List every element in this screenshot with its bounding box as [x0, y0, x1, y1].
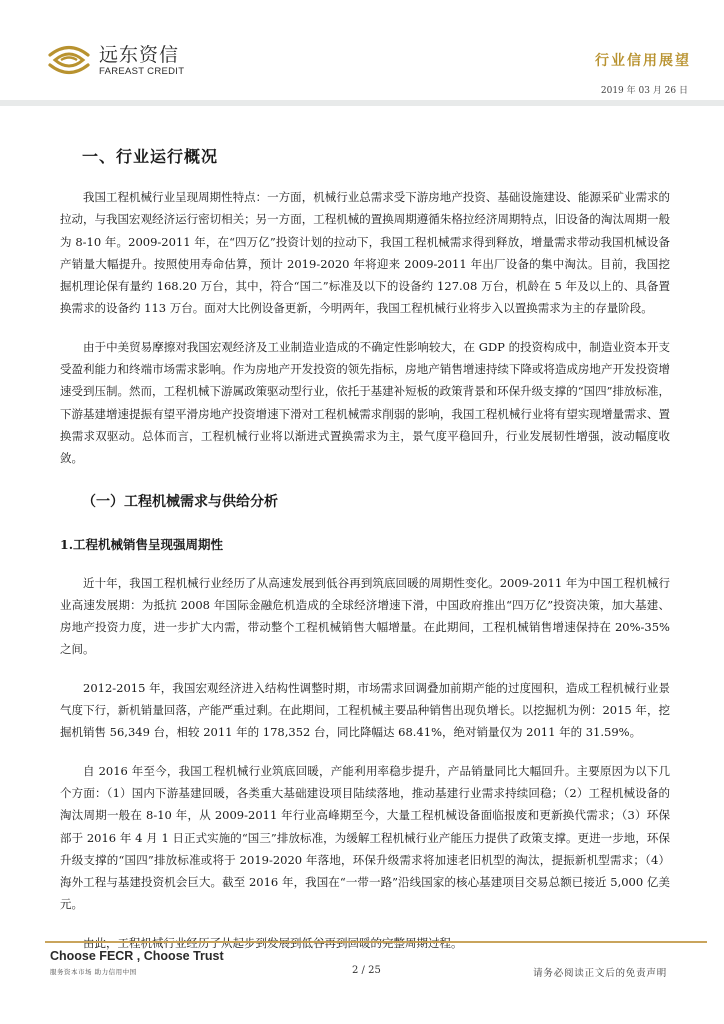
- company-logo: 远东资信 FAREAST CREDIT: [46, 42, 184, 78]
- report-type-title: 行业信用展望: [595, 50, 691, 70]
- subheading: 1.工程机械销售呈现强周期性: [60, 534, 670, 556]
- page-number: 2 / 25: [352, 965, 381, 976]
- report-date: 2019 年 03 月 26 日: [601, 83, 688, 96]
- fareast-credit-logo-icon: [46, 42, 92, 78]
- header-divider-band: [0, 100, 724, 106]
- footer-slogan: Choose FECR , Choose Trust: [50, 949, 224, 963]
- paragraph: 自 2016 年至今，我国工程机械行业筑底回暖，产能利用率稳步提升，产品销量同比…: [60, 760, 670, 916]
- page-header: 远东资信 FAREAST CREDIT 行业信用展望 2019 年 03 月 2…: [0, 0, 724, 100]
- document-body: 一、行业运行概况 我国工程机械行业呈现周期性特点：一方面，机械行业总需求受下游房…: [60, 140, 670, 954]
- logo-english-name: FAREAST CREDIT: [99, 66, 184, 77]
- logo-chinese-name: 远东资信: [99, 44, 184, 66]
- subsection-title: （一）工程机械需求与供给分析: [82, 490, 670, 514]
- paragraph: 近十年，我国工程机械行业经历了从高速发展到低谷再到筑底回暖的周期性变化。2009…: [60, 572, 670, 661]
- paragraph: 我国工程机械行业呈现周期性特点：一方面，机械行业总需求受下游房地产投资、基础设施…: [60, 186, 670, 320]
- footer-slogan-sub: 服务资本市场 助力信用中国: [50, 967, 137, 976]
- paragraph: 由于中美贸易摩擦对我国宏观经济及工业制造业造成的不确定性影响较大，在 GDP 的…: [60, 336, 670, 470]
- footer-divider: [45, 941, 707, 943]
- section-title: 一、行业运行概况: [82, 140, 670, 174]
- footer-disclaimer: 请务必阅读正文后的免责声明: [533, 965, 667, 979]
- paragraph: 2012-2015 年，我国宏观经济进入结构性调整时期，市场需求回调叠加前期产能…: [60, 677, 670, 744]
